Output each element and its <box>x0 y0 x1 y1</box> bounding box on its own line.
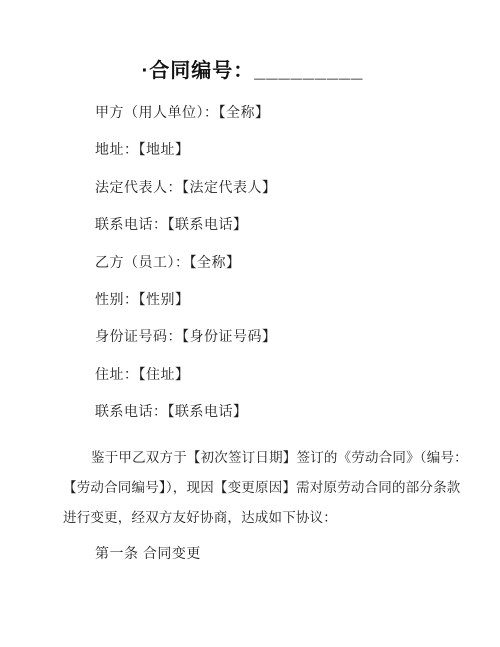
contract-number-title: ·合同编号：_________ <box>63 54 442 88</box>
field-party-b: 乙方（员工）：【全称】 <box>63 244 442 281</box>
article-1-heading: 第一条 合同变更 <box>63 538 442 568</box>
document-page: ·合同编号：_________ 甲方（用人单位）：【全称】 地址：【地址】 法定… <box>0 0 500 647</box>
field-address: 地址：【地址】 <box>63 131 442 168</box>
field-party-a: 甲方（用人单位）：【全称】 <box>63 94 442 131</box>
preamble-paragraph: 鉴于甲乙双方于【初次签订日期】签订的《劳动合同》（编号： 【劳动合同编号】），现… <box>63 443 442 533</box>
field-legal-rep: 法定代表人：【法定代表人】 <box>63 169 442 206</box>
field-id-number: 身份证号码：【身份证号码】 <box>63 318 442 355</box>
preamble-line-3: 进行变更，经双方友好协商，达成如下协议： <box>63 503 442 533</box>
field-phone-b: 联系电话：【联系电话】 <box>63 393 442 430</box>
preamble-line-2: 【劳动合同编号】），现因【变更原因】需对原劳动合同的部分条款 <box>63 473 442 503</box>
field-phone-a: 联系电话：【联系电话】 <box>63 206 442 243</box>
field-gender: 性别：【性别】 <box>63 281 442 318</box>
preamble-line-1: 鉴于甲乙双方于【初次签订日期】签订的《劳动合同》（编号： <box>63 443 442 473</box>
field-residence: 住址：【住址】 <box>63 356 442 393</box>
party-info-fields: 甲方（用人单位）：【全称】 地址：【地址】 法定代表人：【法定代表人】 联系电话… <box>63 94 442 431</box>
